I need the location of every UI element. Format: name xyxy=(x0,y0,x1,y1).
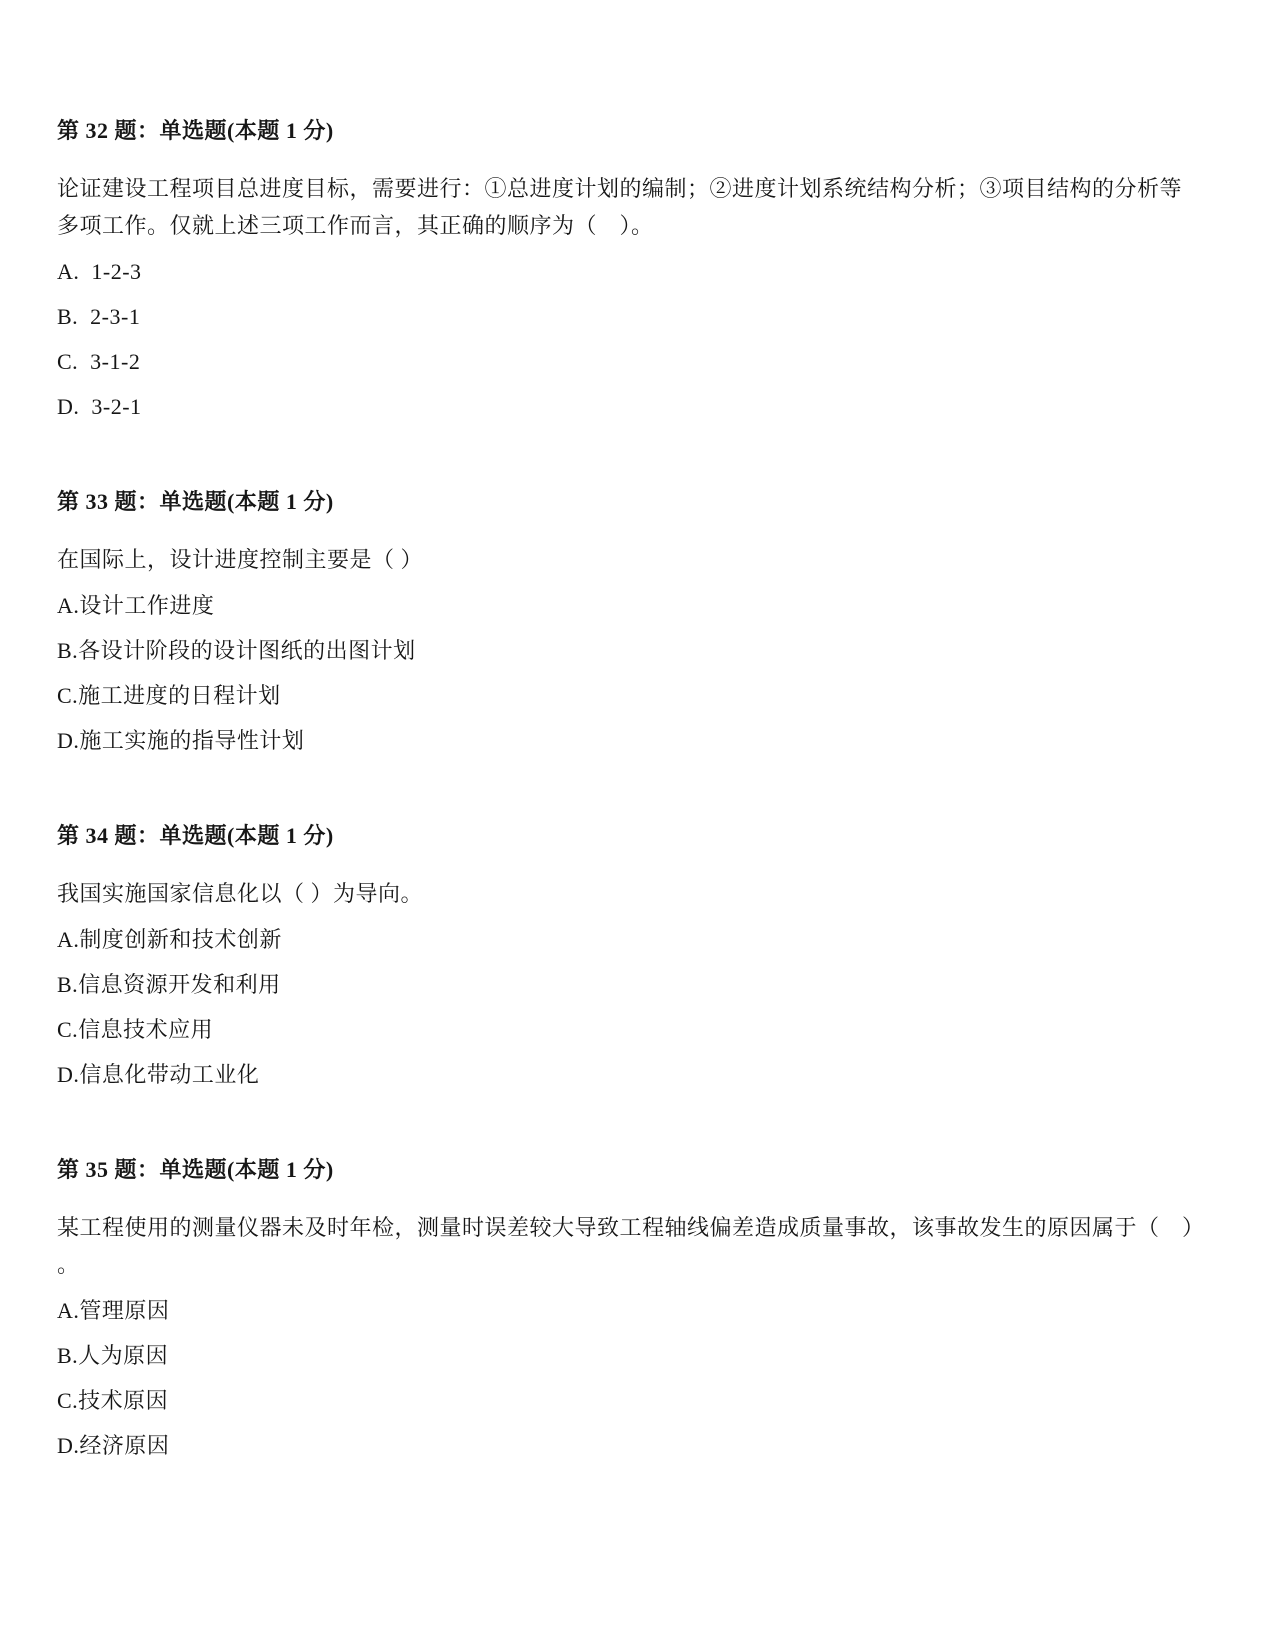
option-b: B.信息资源开发和利用 xyxy=(57,973,1197,997)
question-stem: 我国实施国家信息化以（ ）为导向。 xyxy=(57,875,1197,912)
question-stem: 某工程使用的测量仪器未及时年检，测量时误差较大导致工程轴线偏差造成质量事故，该事… xyxy=(57,1209,1197,1283)
question-title: 第 35 题：单选题(本题 1 分) xyxy=(57,1157,1197,1183)
option-c: C.技术原因 xyxy=(57,1389,1197,1413)
question-stem: 论证建设工程项目总进度目标，需要进行：①总进度计划的编制；②进度计划系统结构分析… xyxy=(57,170,1197,244)
question-32: 第 32 题：单选题(本题 1 分) 论证建设工程项目总进度目标，需要进行：①总… xyxy=(57,118,1197,419)
option-d: D.施工实施的指导性计划 xyxy=(57,729,1197,753)
option-d: D. 3-2-1 xyxy=(57,395,1197,419)
option-b: B.人为原因 xyxy=(57,1344,1197,1368)
option-a: A.管理原因 xyxy=(57,1299,1197,1323)
option-a: A.设计工作进度 xyxy=(57,594,1197,618)
options-list: A.设计工作进度 B.各设计阶段的设计图纸的出图计划 C.施工进度的日程计划 D… xyxy=(57,594,1197,753)
question-33: 第 33 题：单选题(本题 1 分) 在国际上，设计进度控制主要是（ ） A.设… xyxy=(57,489,1197,753)
options-list: A.管理原因 B.人为原因 C.技术原因 D.经济原因 xyxy=(57,1299,1197,1458)
option-c: C.施工进度的日程计划 xyxy=(57,684,1197,708)
question-title: 第 34 题：单选题(本题 1 分) xyxy=(57,823,1197,849)
question-title: 第 33 题：单选题(本题 1 分) xyxy=(57,489,1197,515)
options-list: A. 1-2-3 B. 2-3-1 C. 3-1-2 D. 3-2-1 xyxy=(57,260,1197,419)
option-d: D.经济原因 xyxy=(57,1434,1197,1458)
question-stem: 在国际上，设计进度控制主要是（ ） xyxy=(57,541,1197,578)
option-d: D.信息化带动工业化 xyxy=(57,1063,1197,1087)
option-a: A. 1-2-3 xyxy=(57,260,1197,284)
question-34: 第 34 题：单选题(本题 1 分) 我国实施国家信息化以（ ）为导向。 A.制… xyxy=(57,823,1197,1087)
option-c: C. 3-1-2 xyxy=(57,350,1197,374)
option-b: B.各设计阶段的设计图纸的出图计划 xyxy=(57,639,1197,663)
option-b: B. 2-3-1 xyxy=(57,305,1197,329)
question-35: 第 35 题：单选题(本题 1 分) 某工程使用的测量仪器未及时年检，测量时误差… xyxy=(57,1157,1197,1458)
options-list: A.制度创新和技术创新 B.信息资源开发和利用 C.信息技术应用 D.信息化带动… xyxy=(57,928,1197,1087)
option-c: C.信息技术应用 xyxy=(57,1018,1197,1042)
option-a: A.制度创新和技术创新 xyxy=(57,928,1197,952)
exam-document-page: 第 32 题：单选题(本题 1 分) 论证建设工程项目总进度目标，需要进行：①总… xyxy=(0,0,1275,1650)
question-title: 第 32 题：单选题(本题 1 分) xyxy=(57,118,1197,144)
